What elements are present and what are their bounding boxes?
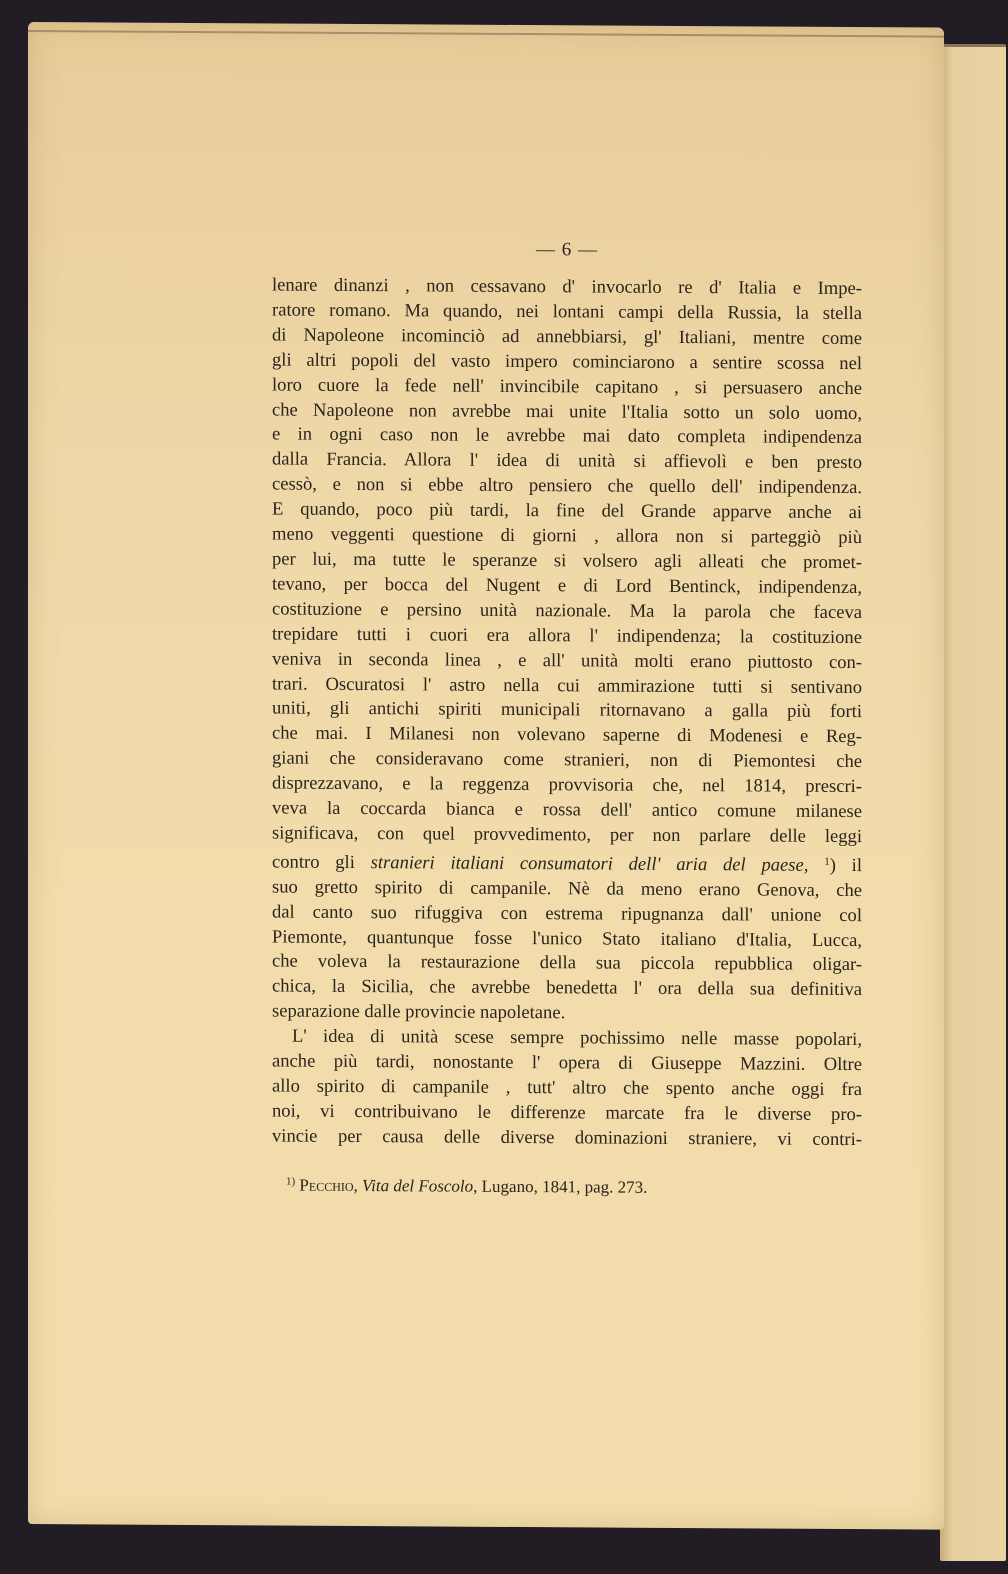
text-line: che Napoleone non avrebbe mai unite l'It… [272,398,862,427]
text-after-quote: ) il [830,855,862,876]
text-line: gli altri popoli del vasto impero cominc… [272,348,862,377]
text-line: che voleva la restaurazione della sua pi… [272,950,862,979]
footnote-title: Vita del Foscolo [362,1176,473,1196]
text-line: L' idea di unità scese sempre pochissimo… [272,1025,862,1054]
italic-quote: stranieri italiani consumatori dell' ari… [371,852,809,876]
text-line: trari. Oscuratosi l' astro nella cui amm… [272,672,862,701]
text-line: di Napoleone incominciò ad annebbiarsi, … [272,323,862,352]
text-line: anche più tardi, nonostante l' opera di … [272,1050,862,1079]
text-line: separazione dalle provincie napoletane. [272,1000,862,1029]
text-line: loro cuore la fede nell' invincibile cap… [272,373,862,402]
text-line: significava, con quel provvedimento, per… [272,821,862,850]
text-line: e in ogni caso non le avrebbe mai dato c… [272,423,862,452]
paragraph-1: lenare dinanzi , non cessavano d' invoca… [272,273,862,1028]
book-page: — 6 — lenare dinanzi , non cessavano d' … [28,22,944,1530]
text-line: vincie per causa delle diverse dominazio… [272,1124,862,1153]
footnote-author: Pecchio [299,1176,353,1195]
text-line: giani che consideravano come stranieri, … [272,747,862,776]
text-line: veniva in seconda linea , e all' unità m… [272,647,862,676]
text-line: per lui, ma tutte le speranze si volsero… [272,547,862,576]
text-line: dal canto suo rifuggiva con estrema ripu… [272,900,862,929]
text-line: ratore romano. Ma quando, nei lontani ca… [272,298,862,327]
text-line: Piemonte, quantunque fosse l'unico Stato… [272,925,862,954]
text-line: chica, la Sicilia, che avrebbe benedetta… [272,975,862,1004]
text-line: dalla Francia. Allora l' idea di unità s… [272,448,862,477]
text-line: allo spirito di campanile , tutt' altro … [272,1074,862,1103]
text-line: trepidare tutti i cuori era allora l' in… [272,622,862,651]
text-line: costituzione e persino unità nazionale. … [272,597,862,626]
text-line: veva la coccarda bianca e rossa dell' an… [272,797,862,826]
footnote-details: , Lugano, 1841, pag. 273. [473,1177,647,1197]
text-line-italic-quote: contro gli stranieri italiani consumator… [272,846,862,879]
text-line: lenare dinanzi , non cessavano d' invoca… [272,273,862,302]
footnote: 1) Pecchio, Vita del Foscolo, Lugano, 18… [286,1176,647,1198]
text-line: cessò, e non si ebbe altro pensiero che … [272,473,862,502]
text-line: meno veggenti questione di giorni , allo… [272,523,862,552]
text-block: — 6 — lenare dinanzi , non cessavano d' … [272,237,862,1152]
footnote-marker: 1) [286,1176,295,1188]
text-before-quote: contro gli [272,851,371,873]
text-line: uniti, gli antichi spiriti municipali ri… [272,697,862,726]
text-line: disprezzavano, e la reggenza provvisoria… [272,772,862,801]
text-line: che mai. I Milanesi non volevano saperne… [272,722,862,751]
text-line: suo gretto spirito di campanile. Nè da m… [272,875,862,904]
paragraph-2: L' idea di unità scese sempre pochissimo… [272,1025,862,1153]
text-line: E quando, poco più tardi, la fine del Gr… [272,498,862,527]
text-line: noi, vi contribuivano le differenze marc… [272,1099,862,1128]
text-line: tevano, per bocca del Nugent e di Lord B… [272,572,862,601]
page-number: — 6 — [272,237,862,263]
adjacent-page-edge [940,44,1006,1561]
